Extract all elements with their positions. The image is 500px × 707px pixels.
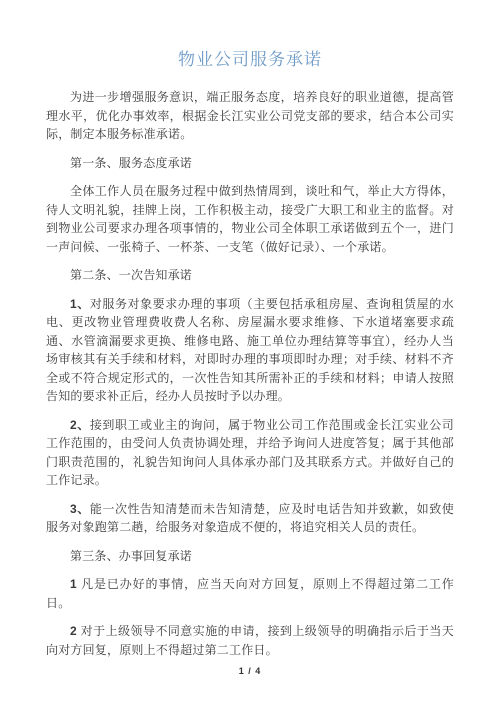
page-number: 1 / 4 <box>0 666 500 676</box>
document-body: 为进一步增强服务意识，端正服务态度，培养良好的职业道德，提高管理水平，优化办事效… <box>46 88 454 659</box>
paragraph-text: 接到职工或业主的询问，属于物业公司工作范围或金长江实业公司工作范围的，由受问人负… <box>46 418 454 488</box>
paragraph-number: 1、 <box>70 297 90 311</box>
paragraph-number: 3、 <box>70 502 90 516</box>
heading-text: 第一条、服务态度承诺 <box>70 156 192 170</box>
section-1-paragraph: 全体工作人员在服务过程中做到热情周到，谈吐和气，举止大方得体，待人文明礼貌，挂牌… <box>46 182 454 256</box>
paragraph-text: 凡是已办好的事情，应当天向对方回复，原则上不得超过第二工作日。 <box>46 577 454 610</box>
heading-text: 第三条、办事回复承诺 <box>70 549 192 563</box>
section-1-heading: 第一条、服务态度承诺 <box>46 154 454 173</box>
paragraph-text: 对于上级领导不同意实施的申请，接到上级领导的明确指示后于当天向对方回复，原则上不… <box>46 624 454 657</box>
heading-text: 第二条、一次告知承诺 <box>70 268 192 282</box>
section-3-heading: 第三条、办事回复承诺 <box>46 547 454 566</box>
section-3-item-2: 2 对于上级领导不同意实施的申请，接到上级领导的明确指示后于当天向对方回复，原则… <box>46 622 454 659</box>
paragraph-text: 能一次性告知清楚而未告知清楚，应及时电话告知并致歉，如致使服务对象跑第二趟，给服… <box>46 502 454 535</box>
paragraph-number: 1 <box>70 577 81 591</box>
paragraph-number: 2 <box>70 624 81 638</box>
paragraph-text: 全体工作人员在服务过程中做到热情周到，谈吐和气，举止大方得体，待人文明礼貌，挂牌… <box>46 184 454 254</box>
paragraph-text: 为进一步增强服务意识，端正服务态度，培养良好的职业道德，提高管理水平，优化办事效… <box>46 90 454 141</box>
intro-paragraph: 为进一步增强服务意识，端正服务态度，培养良好的职业道德，提高管理水平，优化办事效… <box>46 88 454 144</box>
section-2-item-2: 2、接到职工或业主的询问，属于物业公司工作范围或金长江实业公司工作范围的，由受问… <box>46 416 454 490</box>
document-page: 物业公司服务承诺 为进一步增强服务意识，端正服务态度，培养良好的职业道德，提高管… <box>0 0 500 707</box>
section-2-item-3: 3、能一次性告知清楚而未告知清楚，应及时电话告知并致歉，如致使服务对象跑第二趟，… <box>46 500 454 537</box>
section-3-item-1: 1 凡是已办好的事情，应当天向对方回复，原则上不得超过第二工作日。 <box>46 575 454 612</box>
paragraph-text: 对服务对象要求办理的事项（主要包括承租房屋、查询租赁屋的水电、更改物业管理费收费… <box>46 297 454 404</box>
paragraph-number: 2、 <box>70 418 90 432</box>
document-title: 物业公司服务承诺 <box>46 45 454 70</box>
section-2-heading: 第二条、一次告知承诺 <box>46 266 454 285</box>
section-2-item-1: 1、对服务对象要求办理的事项（主要包括承租房屋、查询租赁屋的水电、更改物业管理费… <box>46 295 454 406</box>
